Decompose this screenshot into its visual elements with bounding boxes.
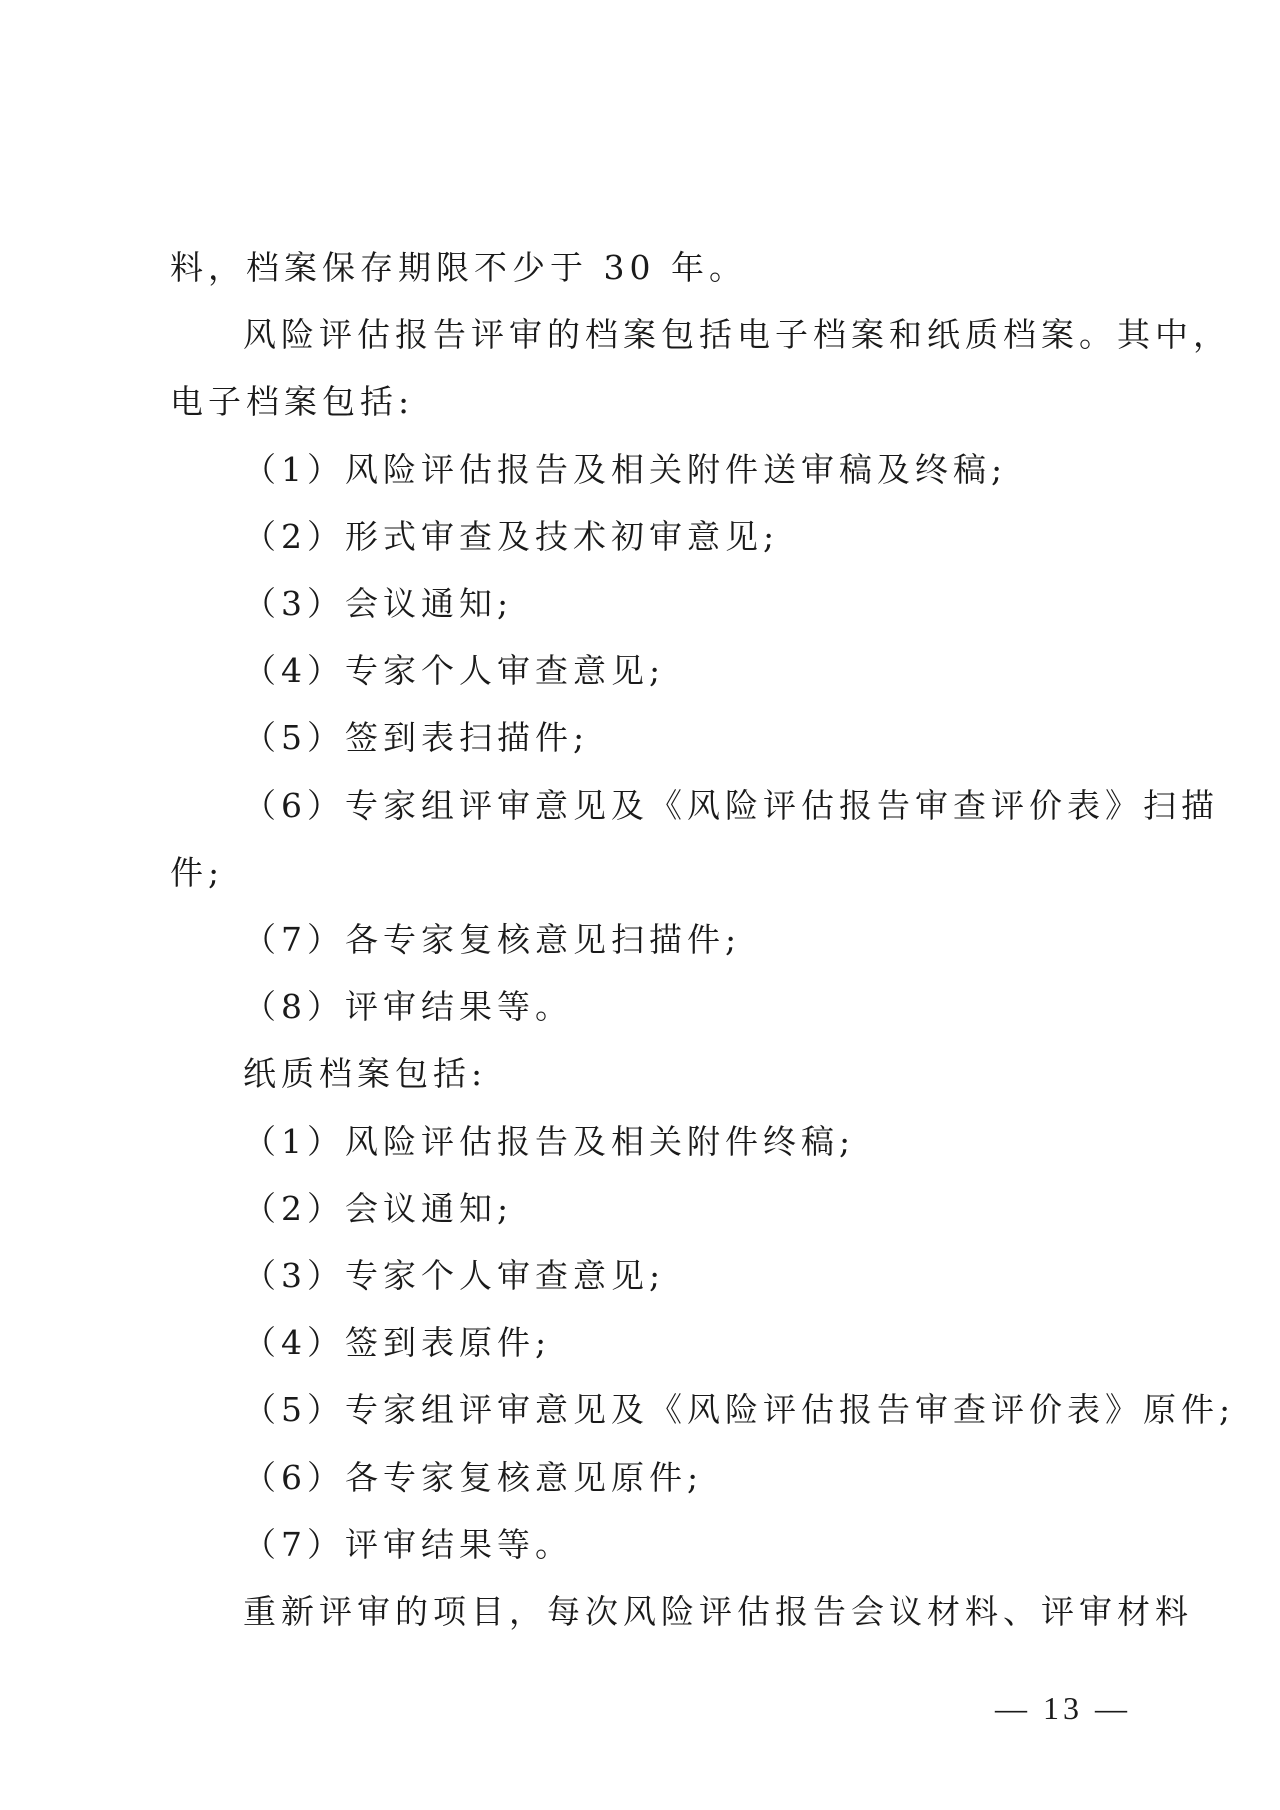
text-line: （1）风险评估报告及相关附件终稿; [243, 1120, 855, 1164]
text-line: 电子档案包括: [170, 380, 414, 424]
text-line: （5）签到表扫描件; [243, 716, 589, 760]
text-line: （2）形式审查及技术初审意见; [243, 515, 779, 559]
text-line: （6）专家组评审意见及《风险评估报告审查评价表》扫描 [243, 784, 1219, 828]
text-line: 件; [170, 851, 224, 895]
text-line: （7）评审结果等。 [243, 1523, 573, 1567]
text-line: （7）各专家复核意见扫描件; [243, 918, 741, 962]
text-line: 纸质档案包括: [243, 1052, 487, 1096]
text-line: （1）风险评估报告及相关附件送审稿及终稿; [243, 448, 1007, 492]
text-line: （3）专家个人审查意见; [243, 1254, 665, 1298]
text-line: （3）会议通知; [243, 582, 513, 626]
text-line: （4）签到表原件; [243, 1321, 551, 1365]
page-number: — 13 — [995, 1690, 1131, 1727]
text-line: 料，档案保存期限不少于 30 年。 [170, 246, 747, 290]
text-line: （6）各专家复核意见原件; [243, 1456, 703, 1500]
text-line: 重新评审的项目，每次风险评估报告会议材料、评审材料 [243, 1590, 1193, 1634]
text-line: （5）专家组评审意见及《风险评估报告审查评价表》原件; [243, 1388, 1235, 1432]
text-line: 风险评估报告评审的档案包括电子档案和纸质档案。其中， [243, 313, 1231, 357]
text-line: （2）会议通知; [243, 1187, 513, 1231]
text-line: （8）评审结果等。 [243, 985, 573, 1029]
text-line: （4）专家个人审查意见; [243, 649, 665, 693]
